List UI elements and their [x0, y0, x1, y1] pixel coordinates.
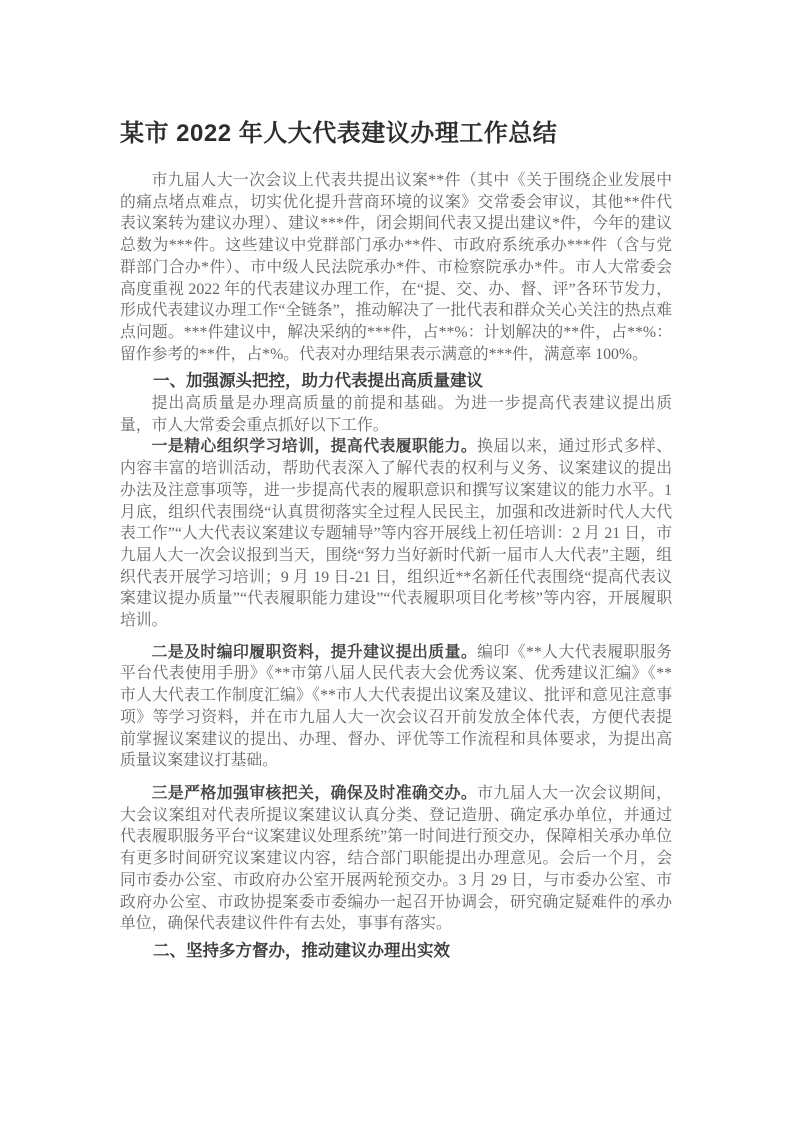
paragraph-lead: 一是精心组织学习培训，提高代表履职能力。 — [152, 438, 478, 455]
section-heading-1: 一、加强源头把控，助力代表提出高质量建议 — [120, 371, 672, 393]
section-heading-2: 二、坚持多方督办，推动建议办理出实效 — [120, 941, 672, 963]
body-paragraph: 三是严格加强审核把关，确保及时准确交办。市九届人大一次会议期间，大会议案组对代表… — [120, 783, 672, 935]
paragraph-text: 市九届人大一次会议期间，大会议案组对代表所提议案建议认真分类、登记造册、确定承办… — [120, 785, 672, 932]
body-paragraph: 一是精心组织学习培训，提高代表履职能力。换届以来，通过形式多样、内容丰富的培训活… — [120, 436, 672, 631]
paragraph-text: 换届以来，通过形式多样、内容丰富的培训活动，帮助代表深入了解代表的权利与义务、议… — [120, 438, 672, 629]
body-paragraph: 二是及时编印履职资料，提升建议提出质量。编印《**人大代表履职服务平台代表使用手… — [120, 642, 672, 772]
paragraph-lead: 三是严格加强审核把关，确保及时准确交办。 — [152, 785, 478, 802]
paragraph-lead: 二是及时编印履职资料，提升建议提出质量。 — [152, 644, 478, 661]
body-paragraph: 市九届人大一次会议上代表共提出议案**件（其中《关于围绕企业发展中的痛点堵点难点… — [120, 170, 672, 365]
document-title: 某市 2022 年人大代表建议办理工作总结 — [120, 118, 672, 150]
body-paragraph: 提出高质量是办理高质量的前提和基础。为进一步提高代表建议提出质量，市人大常委会重… — [120, 393, 672, 436]
paragraph-text: 编印《**人大代表履职服务平台代表使用手册》《**市第八届人民代表大会优秀议案、… — [120, 644, 672, 770]
document-page: 某市 2022 年人大代表建议办理工作总结 市九届人大一次会议上代表共提出议案*… — [0, 0, 793, 1122]
